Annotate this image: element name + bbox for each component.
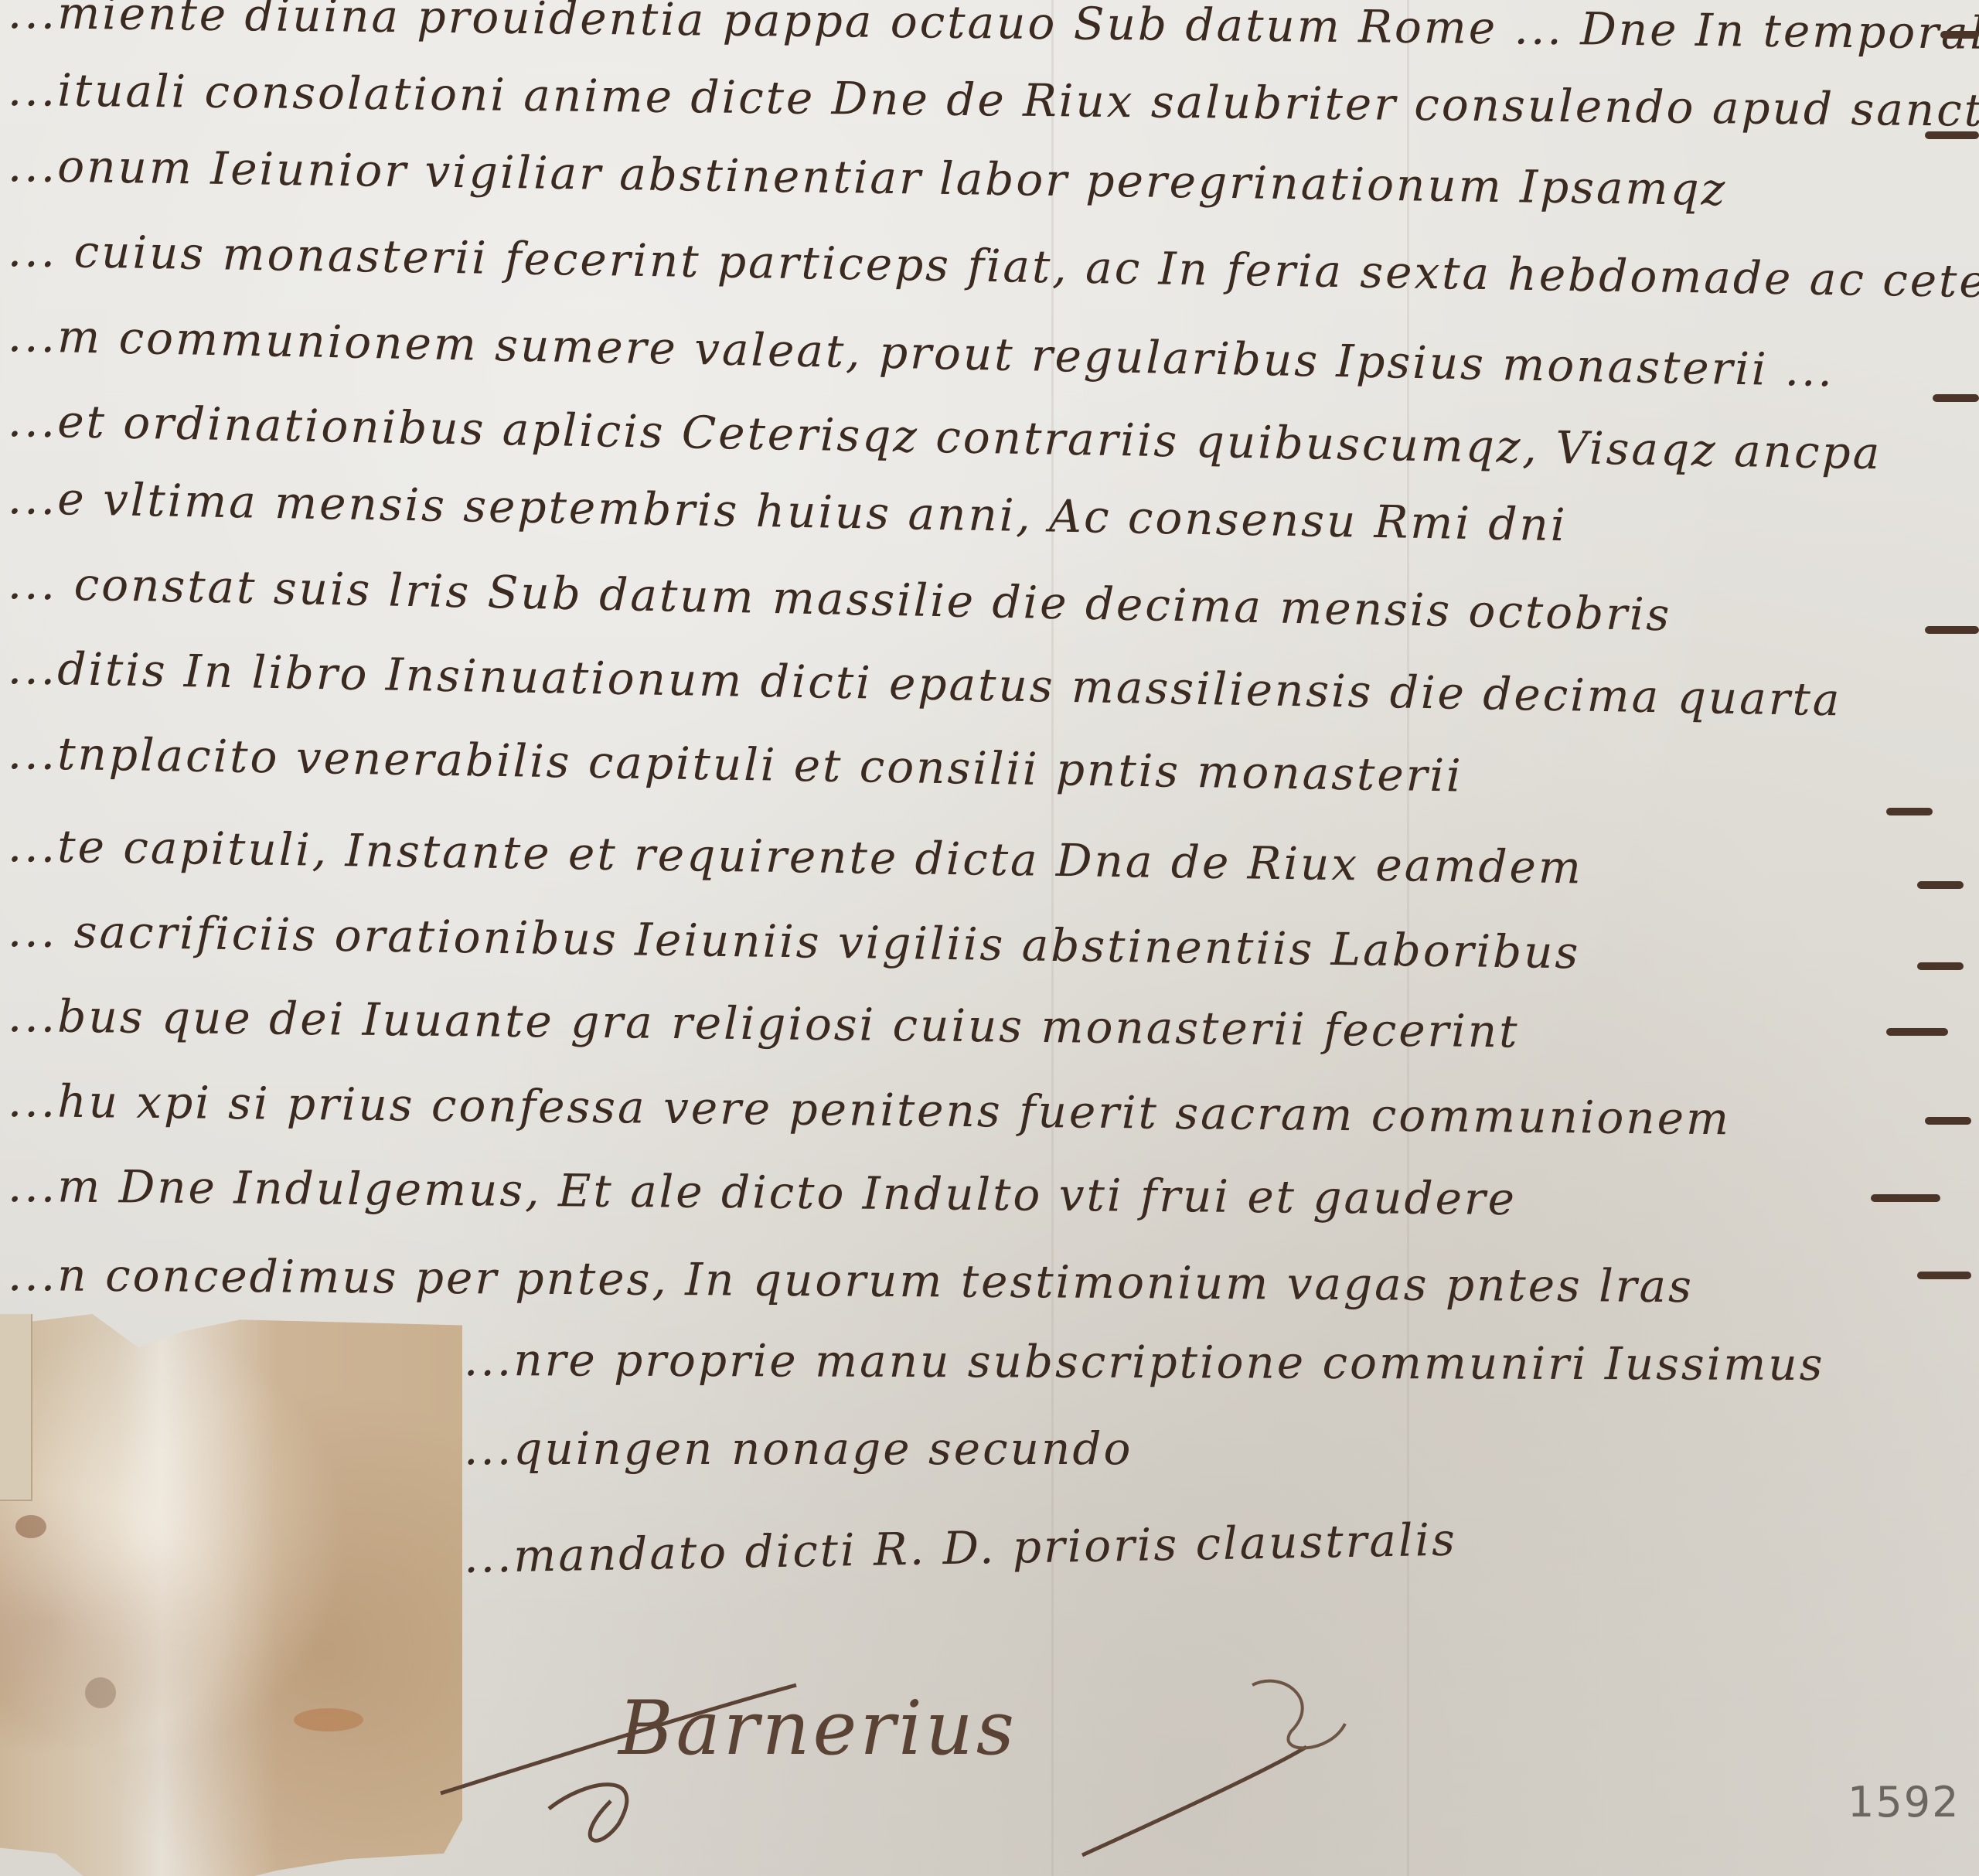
ink-stain [85,1677,116,1708]
line-filler-dash [1871,1194,1940,1202]
line-filler-dash [1886,808,1933,815]
ink-stain [15,1515,46,1538]
line-filler-dash [1940,31,1979,39]
line-filler-dash [1886,1028,1948,1036]
line-filler-dash [1933,394,1979,402]
line-filler-dash [1925,131,1979,139]
line-filler-dash [1917,962,1964,970]
signature-flourish-icon [433,1654,1438,1871]
text-line-17: ...nre proprie manu subscriptione commun… [464,1333,1825,1391]
parchment-patch [0,1314,462,1876]
text-line-18: ...quingen nonage secundo [464,1422,1133,1475]
line-filler-dash [1917,1272,1971,1279]
ink-stain [294,1708,363,1731]
pencil-date-note: 1592 [1848,1778,1960,1827]
line-filler-dash [1925,626,1979,634]
line-filler-dash [1925,1117,1971,1125]
line-filler-dash [1917,881,1964,889]
parchment-patch-fold [0,1314,32,1501]
